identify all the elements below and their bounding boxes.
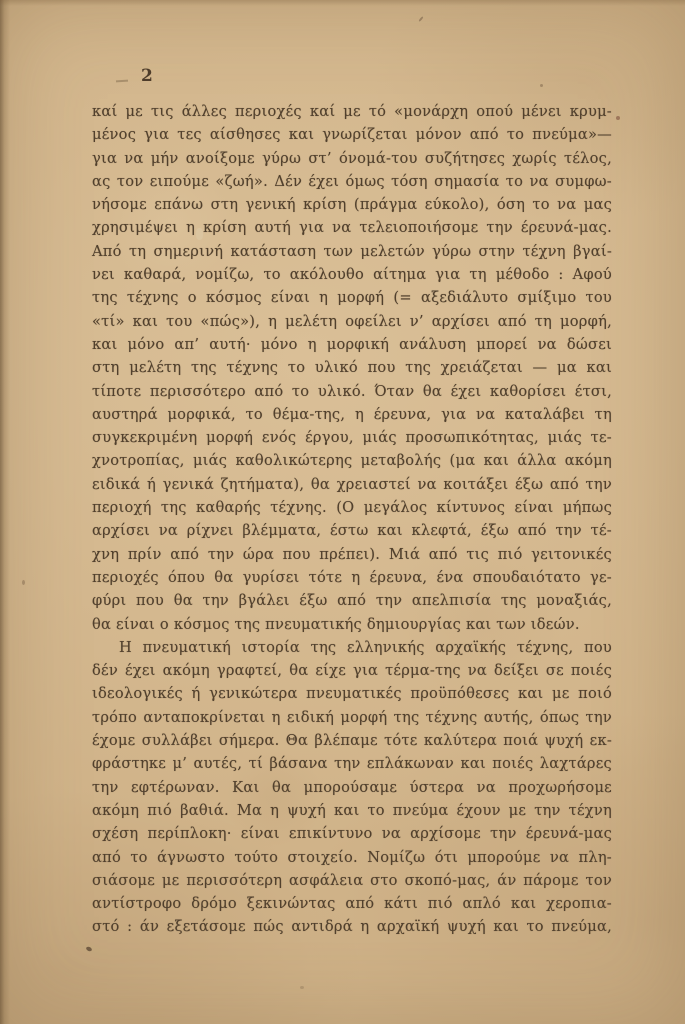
text-line: φύρι που θα την βγάλει έξω από την απελπ… (92, 589, 612, 612)
text-line: νήσομε επάνω στη γενική κρίση (πράγμα εύ… (92, 193, 612, 216)
text-line: χρησιμέψει η κρίση αυτή για να τελειοποι… (92, 216, 612, 239)
text-line: περιοχή της καθαρής τέχνης. (Ο μεγάλος κ… (92, 496, 612, 519)
text-line: στό : άν εξετάσομε πώς αντιδρά η αρχαϊκή… (92, 915, 612, 938)
text-block: καί με τις άλλες περιοχές καί με τό «μον… (92, 100, 612, 939)
text-line: από το άγνωστο τούτο στοιχείο. Νομίζω ότ… (92, 846, 612, 869)
text-line: έχομε συλλάβει σήμερα. Θα βλέπαμε τότε κ… (92, 729, 612, 752)
text-line: ιδεολογικές ή γενικώτερα πνευματικές προ… (92, 682, 612, 705)
text-line: Από τη σημερινή κατάσταση των μελετών γύ… (92, 240, 612, 263)
text-line: χνη πρίν από την ώρα που πρέπει). Μιά απ… (92, 543, 612, 566)
text-line: για να μήν ανοίξομε γύρω στ’ όνομά-του σ… (92, 147, 612, 170)
paper-speck (418, 16, 423, 22)
text-line: ειδικά ή γενικά ζητήματα), θα χρειαστεί … (92, 473, 612, 496)
text-line: σχέση περίπλοκη· είναι επικίντυνο να αρχ… (92, 822, 612, 845)
text-line: φράστηκε μ’ αυτές, τί βάσανα την επλάκων… (92, 752, 612, 775)
text-line: την εφτέρωναν. Και θα μπορούσαμε ύστερα … (92, 776, 612, 799)
text-line: ακόμη πιό βαθιά. Μα η ψυχή και το πνεύμα… (92, 799, 612, 822)
text-line: Η πνευματική ιστορία της ελληνικής αρχαϊ… (92, 636, 612, 659)
text-line: χνοτροπίας, μιάς καθολικώτερης μεταβολής… (92, 449, 612, 472)
paragraph: Η πνευματική ιστορία της ελληνικής αρχαϊ… (92, 636, 612, 939)
paper-speck (540, 84, 543, 87)
text-line: νει καθαρά, νομίζω, το ακόλουθο αίτημα γ… (92, 263, 612, 286)
text-line: της τέχνης ο κόσμος είναι η μορφή (= αξε… (92, 286, 612, 309)
book-page: 2 καί με τις άλλες περιοχές καί με τό «μ… (0, 0, 685, 1024)
text-line: τίποτε περισσότερο από το υλικό. Όταν θα… (92, 380, 612, 403)
page-top-edge (0, 0, 685, 6)
paper-speck (22, 580, 25, 585)
text-line: στη μελέτη της τέχνης το υλικό που της χ… (92, 356, 612, 379)
text-line: αρχίσει να ρίχνει βλέμματα, έστω και κλε… (92, 519, 612, 542)
text-line: αυστηρά μορφικά, το θέμα-της, η έρευνα, … (92, 403, 612, 426)
text-line: μένος για τες αίσθησες και γνωρίζεται μό… (92, 123, 612, 146)
text-line: δέν έχει ακόμη γραφτεί, θα είχε για τέρμ… (92, 659, 612, 682)
text-line: και μόνο απ’ αυτή· μόνο η μορφική ανάλυσ… (92, 333, 612, 356)
text-line: αντίστροφο δρόμο ξεκινώντας από κάτι πιό… (92, 892, 612, 915)
paper-speck (196, 228, 203, 240)
paper-speck (300, 986, 304, 989)
paper-speck (85, 946, 92, 952)
text-line: συγκεκριμένη μορφή ενός έργου, μιάς προσ… (92, 426, 612, 449)
paper-speck (616, 116, 620, 120)
text-line: καί με τις άλλες περιοχές καί με τό «μον… (92, 100, 612, 123)
scan-artifact-dash (116, 80, 128, 83)
text-line: θα είναι ο κόσμος της πνευματικής δημιου… (92, 613, 612, 636)
page-left-edge (0, 0, 10, 1024)
text-line: τρόπο ανταποκρίνεται η ειδική μορφή της … (92, 706, 612, 729)
paragraph: καί με τις άλλες περιοχές καί με τό «μον… (92, 100, 612, 636)
text-line: ας τον ειπούμε «ζωή». Δέν έχει όμως τόση… (92, 170, 612, 193)
text-line: σιάσομε με περισσότερη ασφάλεια στο σκοπ… (92, 869, 612, 892)
text-line: «τί» και του «πώς»), η μελέτη οφείλει ν’… (92, 310, 612, 333)
page-number: 2 (141, 66, 154, 86)
text-line: περιοχές όπου θα γυρίσει τότε η έρευνα, … (92, 566, 612, 589)
